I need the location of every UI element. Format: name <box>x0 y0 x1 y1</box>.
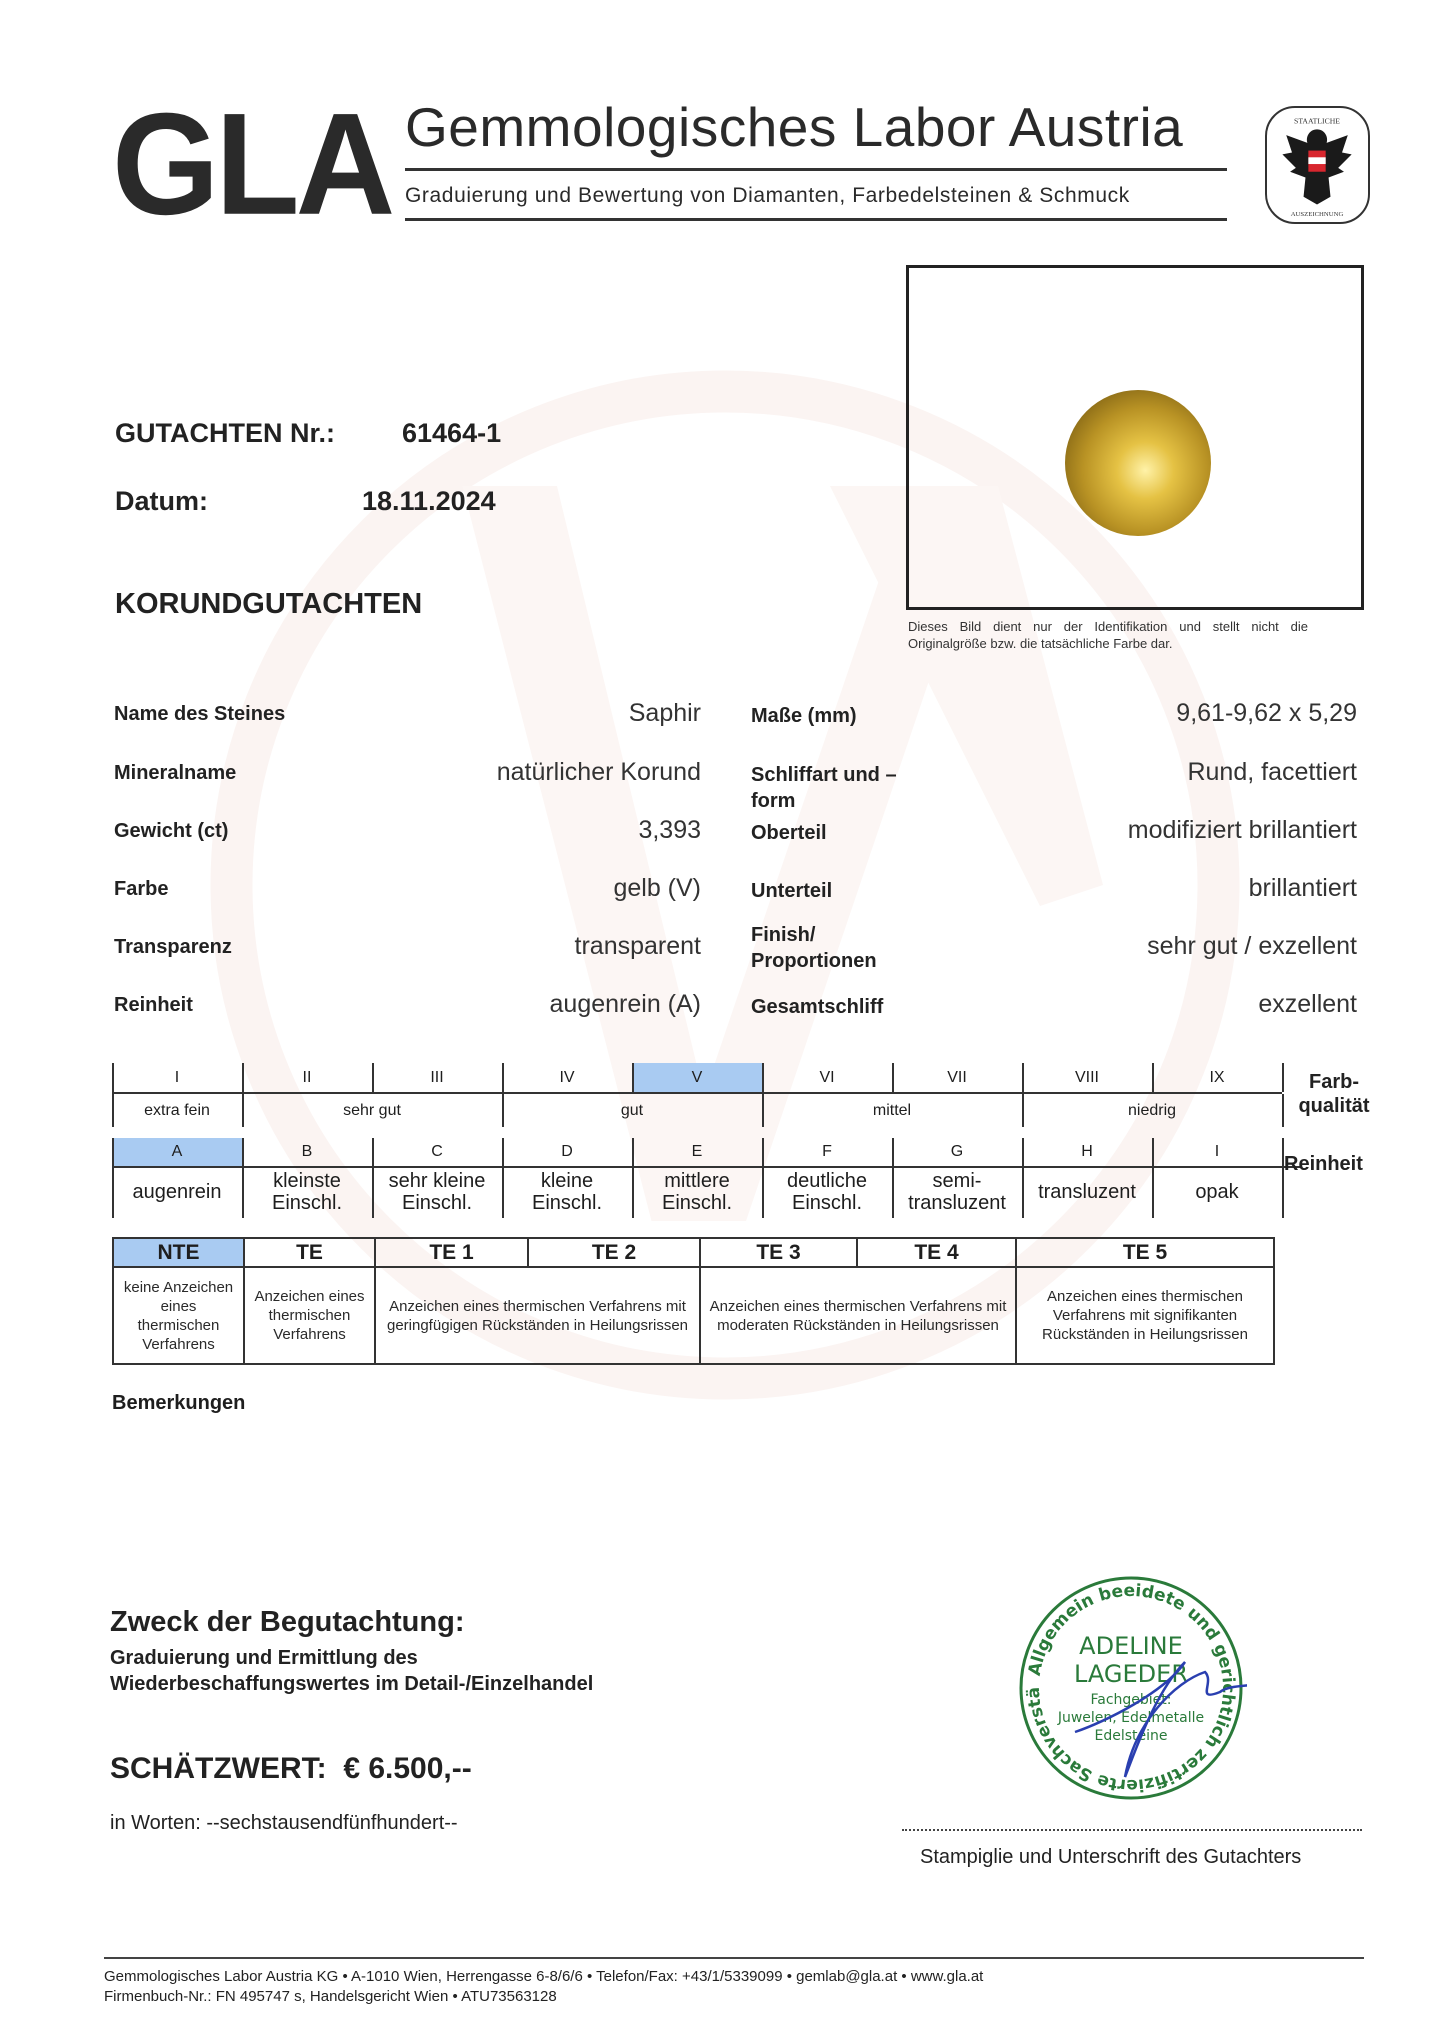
property-label: Schliffart und –form <box>751 762 921 814</box>
color-grade-separator <box>632 1063 634 1092</box>
gla-logo: GLA <box>112 92 391 237</box>
valuation: SCHÄTZWERT: € 6.500,-- <box>110 1752 472 1786</box>
property-label: Oberteil <box>751 820 921 846</box>
stamp-field-line-1: Juwelen, Edelmetalle <box>1057 1710 1204 1726</box>
color-grade-separator <box>502 1063 504 1092</box>
footer-registry: Firmenbuch-Nr.: FN 495747 s, Handelsgeri… <box>104 1988 557 2005</box>
treatment-description: Anzeichen eines thermischen Verfahrens m… <box>376 1268 701 1363</box>
color-grade-VII: VII <box>892 1063 1022 1092</box>
certificate-number-label: GUTACHTEN Nr.: <box>115 418 335 449</box>
treatment-description: Anzeichen eines thermischen Verfahrens m… <box>701 1268 1017 1363</box>
footer-address: Gemmologisches Labor Austria KG • A-1010… <box>104 1968 983 1985</box>
color-grade-separator <box>892 1063 894 1092</box>
color-group-separator <box>762 1094 764 1127</box>
treatment-table: NTETETE 1TE 2TE 3TE 4TE 5keine Anzeichen… <box>112 1237 1275 1365</box>
clarity-separator <box>632 1138 634 1218</box>
photo-caption: Dieses Bild dient nur der Identifikation… <box>908 618 1308 652</box>
clarity-desc: transluzent <box>1028 1168 1146 1216</box>
purpose-line-1: Graduierung und Ermittlung des <box>110 1645 593 1671</box>
property-value: sehr gut / exzellent <box>1147 932 1357 961</box>
clarity-grade-B: B <box>242 1138 372 1166</box>
property-label: Transparenz <box>114 936 232 959</box>
header-rule-bottom <box>405 218 1227 221</box>
expert-stamp: Allgemein beeidete und gerichtlich zerti… <box>1015 1572 1247 1804</box>
clarity-desc: kleine Einschl. <box>508 1168 626 1216</box>
clarity-separator <box>372 1138 374 1218</box>
treatment-code-te-2: TE 2 <box>529 1239 701 1268</box>
property-label: Reinheit <box>114 994 193 1017</box>
color-group-separator <box>502 1094 504 1127</box>
treatment-code-te-1: TE 1 <box>376 1239 529 1268</box>
color-group-separator <box>1022 1094 1024 1127</box>
clarity-separator <box>762 1138 764 1218</box>
clarity-grade-H: H <box>1022 1138 1152 1166</box>
stamp-field-line-2: Edelsteine <box>1094 1728 1167 1744</box>
property-value: Rund, facettiert <box>1187 758 1357 787</box>
treatment-description: Anzeichen eines thermischen Verfahrens <box>245 1268 376 1363</box>
color-quality-label: Farb- qualität <box>1282 1070 1386 1118</box>
property-value: exzellent <box>1258 990 1357 1019</box>
color-grade-separator <box>242 1063 244 1092</box>
treatment-code-te: TE <box>245 1239 376 1268</box>
valuation-label: SCHÄTZWERT: <box>110 1752 327 1785</box>
stamp-name-line-2: LAGEDER <box>1074 1660 1188 1688</box>
crest-top-text: STAATLICHE <box>1294 117 1340 126</box>
gemstone-photo-frame <box>906 265 1364 610</box>
color-grade-II: II <box>242 1063 372 1092</box>
property-label: Gesamtschliff <box>751 994 921 1020</box>
clarity-separator <box>892 1138 894 1218</box>
color-grade-separator <box>1152 1063 1154 1092</box>
clarity-desc: mittlere Einschl. <box>638 1168 756 1216</box>
property-value: augenrein (A) <box>550 990 701 1019</box>
color-group: gut <box>502 1094 762 1127</box>
certificate-type: KORUNDGUTACHTEN <box>115 588 422 621</box>
property-value: brillantiert <box>1249 874 1357 903</box>
date-label: Datum: <box>115 486 208 517</box>
color-grade-VI: VI <box>762 1063 892 1092</box>
treatment-code-te-5: TE 5 <box>1017 1239 1273 1268</box>
clarity-desc: opak <box>1158 1168 1276 1216</box>
date-value: 18.11.2024 <box>362 486 496 517</box>
color-grade-IX: IX <box>1152 1063 1282 1092</box>
property-label: Maße (mm) <box>751 703 921 729</box>
color-group: sehr gut <box>242 1094 502 1127</box>
color-grade-III: III <box>372 1063 502 1092</box>
header-rule-top <box>405 168 1227 171</box>
clarity-separator <box>112 1138 114 1218</box>
color-group: niedrig <box>1022 1094 1282 1127</box>
clarity-grade-D: D <box>502 1138 632 1166</box>
property-label: Gewicht (ct) <box>114 820 228 843</box>
signature-line <box>902 1829 1362 1831</box>
treatment-code-te-4: TE 4 <box>858 1239 1017 1268</box>
clarity-desc: semi-transluzent <box>898 1168 1016 1216</box>
clarity-grade-A: A <box>112 1138 242 1166</box>
clarity-grade-G: G <box>892 1138 1022 1166</box>
property-value: gelb (V) <box>613 874 701 903</box>
property-label: Unterteil <box>751 878 921 904</box>
property-label: Mineralname <box>114 762 236 785</box>
organization-name: Gemmologisches Labor Austria <box>405 100 1183 155</box>
property-value: modifiziert brillantiert <box>1128 816 1357 845</box>
footer-rule <box>104 1957 1364 1959</box>
color-grade-separator <box>372 1063 374 1092</box>
color-grade-IV: IV <box>502 1063 632 1092</box>
property-value: 3,393 <box>638 816 701 845</box>
clarity-desc: augenrein <box>118 1168 236 1216</box>
clarity-divider <box>112 1166 1300 1168</box>
certificate-number-value: 61464-1 <box>402 418 501 449</box>
color-grade-separator <box>1022 1063 1024 1092</box>
treatment-description: Anzeichen eines thermischen Verfahrens m… <box>1017 1268 1273 1363</box>
clarity-grade-I: I <box>1152 1138 1282 1166</box>
clarity-desc: sehr kleine Einschl. <box>378 1168 496 1216</box>
signature-caption: Stampiglie und Unterschrift des Gutachte… <box>920 1846 1301 1869</box>
clarity-desc: kleinste Einschl. <box>248 1168 366 1216</box>
valuation-in-words: in Worten: --sechstausendfünfhundert-- <box>110 1812 458 1835</box>
crest-bottom-text: AUSZEICHNUNG <box>1291 211 1344 218</box>
stamp-name-line-1: ADELINE <box>1079 1632 1183 1660</box>
clarity-separator <box>502 1138 504 1218</box>
treatment-code-nte: NTE <box>114 1239 245 1268</box>
clarity-separator <box>1152 1138 1154 1218</box>
property-label: Name des Steines <box>114 703 285 726</box>
gemstone-image <box>1065 390 1211 536</box>
purpose-text: Graduierung und Ermittlung des Wiederbes… <box>110 1645 593 1697</box>
treatment-description: keine Anzeichen eines thermischen Verfah… <box>114 1268 245 1363</box>
property-label: Finish/ Proportionen <box>751 922 921 974</box>
property-value: natürlicher Korund <box>497 758 701 787</box>
color-grade-I: I <box>112 1063 242 1092</box>
clarity-grade-C: C <box>372 1138 502 1166</box>
clarity-grade-E: E <box>632 1138 762 1166</box>
color-grade-V: V <box>632 1063 762 1092</box>
color-group: mittel <box>762 1094 1022 1127</box>
valuation-amount: € 6.500,-- <box>343 1752 471 1785</box>
clarity-separator <box>1022 1138 1024 1218</box>
purpose-line-2: Wiederbeschaffungswertes im Detail-/Einz… <box>110 1671 593 1697</box>
color-group: extra fein <box>112 1094 242 1127</box>
organization-tagline: Graduierung und Bewertung von Diamanten,… <box>405 184 1130 208</box>
treatment-code-te-3: TE 3 <box>701 1239 858 1268</box>
remarks-label: Bemerkungen <box>112 1392 245 1415</box>
property-value: transparent <box>575 932 701 961</box>
property-value: Saphir <box>629 699 701 728</box>
clarity-grade-F: F <box>762 1138 892 1166</box>
clarity-desc: deutliche Einschl. <box>768 1168 886 1216</box>
clarity-separator <box>1282 1138 1284 1218</box>
color-group-separator <box>112 1094 114 1127</box>
purpose-title: Zweck der Begutachtung: <box>110 1606 465 1639</box>
color-grade-separator <box>112 1063 114 1092</box>
austrian-crest-icon: STAATLICHE AUSZEICHNUNG <box>1265 106 1370 224</box>
color-grade-separator <box>762 1063 764 1092</box>
clarity-label: Reinheit <box>1284 1152 1363 1176</box>
color-grade-VIII: VIII <box>1022 1063 1152 1092</box>
property-label: Farbe <box>114 878 168 901</box>
clarity-separator <box>242 1138 244 1218</box>
property-value: 9,61-9,62 x 5,29 <box>1176 699 1357 728</box>
color-group-separator <box>242 1094 244 1127</box>
